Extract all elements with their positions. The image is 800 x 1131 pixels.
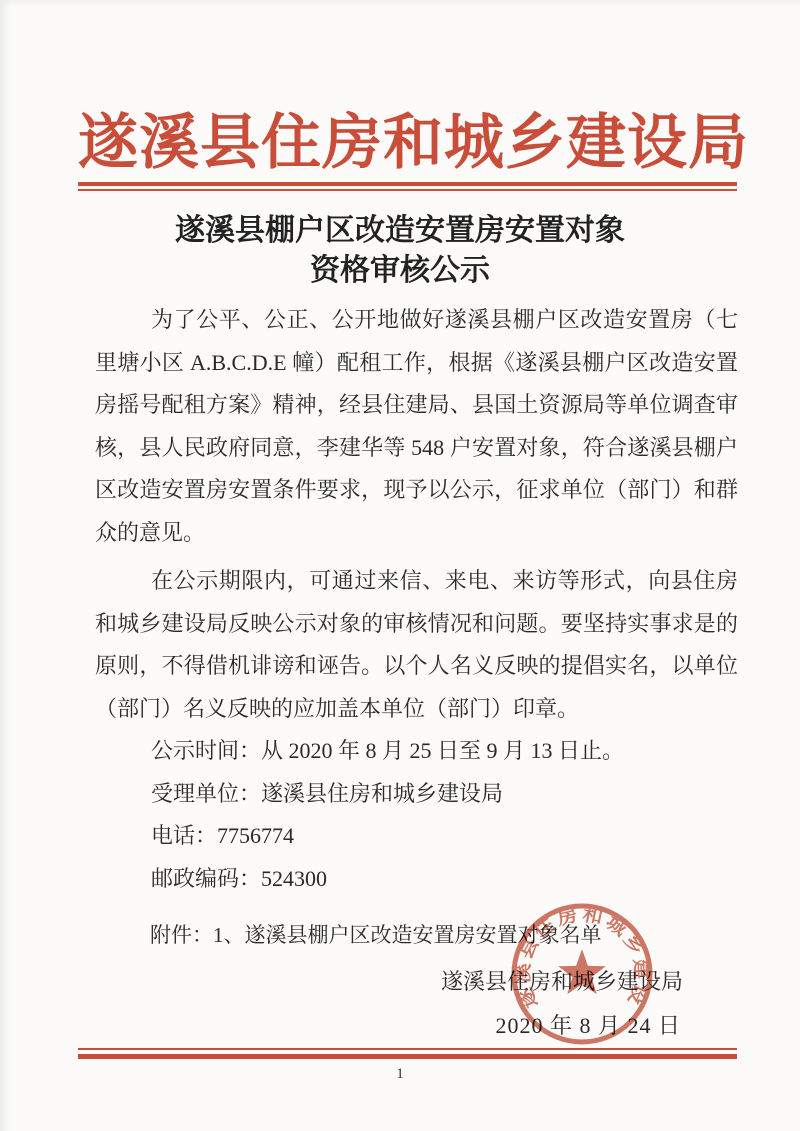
body-paragraph-1: 为了公平、公正、公开地做好遂溪县棚户区改造安置房（七里塘小区 A.B.C.D.E… [95,299,738,554]
official-seal-stamp: 遂溪县住房和城乡建设局 [506,898,658,1050]
letterhead-rule-thin [78,189,737,191]
footer-rule-thin [78,1048,737,1050]
body-paragraph-2: 在公示期限内，可通过来信、来电、来访等形式，向县住房和城乡建设局反映公示对象的审… [95,560,738,730]
info-line-publicity-period: 公示时间：从 2020 年 8 月 25 日至 9 月 13 日止。 [95,730,738,773]
seal-star-icon [558,949,606,994]
page-number: 1 [0,1066,800,1083]
info-line-postal-code: 邮政编码：524300 [95,858,738,901]
letterhead-rule-thick [78,182,737,186]
footer-rule-thick [78,1054,737,1059]
info-line-phone: 电话：7756774 [95,815,738,858]
document-title-line2: 资格审核公示 [0,251,800,291]
document-title: 遂溪县棚户区改造安置房安置对象 资格审核公示 [0,211,800,291]
letterhead-org-name: 遂溪县住房和城乡建设局 [78,101,737,185]
info-line-accepting-unit: 受理单位：遂溪县住房和城乡建设局 [95,773,738,816]
document-page: 遂溪县住房和城乡建设局 遂溪县棚户区改造安置房安置对象 资格审核公示 为了公平、… [0,0,800,1131]
document-body: 为了公平、公正、公开地做好遂溪县棚户区改造安置房（七里塘小区 A.B.C.D.E… [95,299,738,900]
document-title-line1: 遂溪县棚户区改造安置房安置对象 [0,211,800,251]
